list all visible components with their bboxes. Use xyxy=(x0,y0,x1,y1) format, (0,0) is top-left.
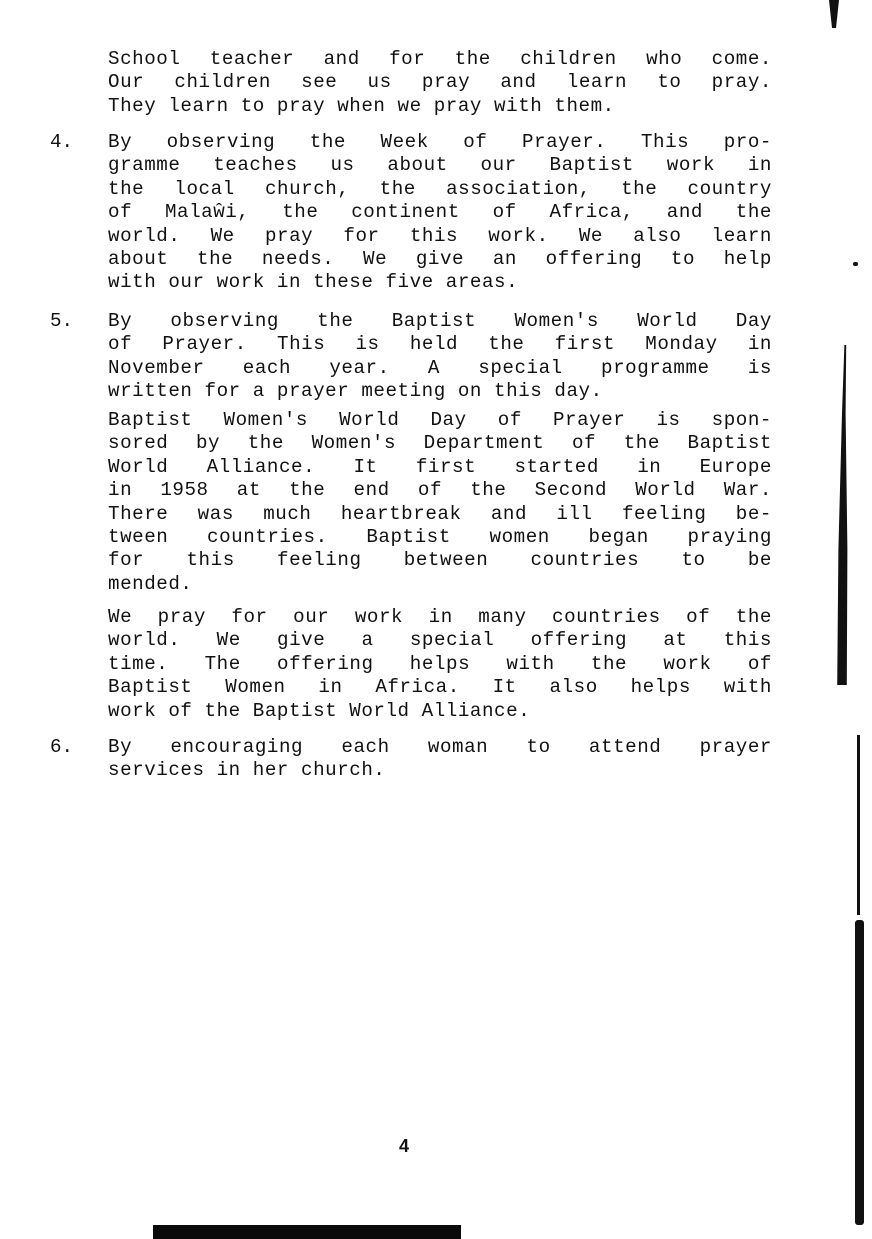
item-5-paragraph-3: We pray for our work in many countries o… xyxy=(108,606,772,723)
text-line: There was much heartbreak and ill feelin… xyxy=(108,503,772,526)
text-line: the local church, the association, the c… xyxy=(108,178,772,201)
text-line: of Malaŵi, the continent of Africa, and … xyxy=(108,201,772,224)
scan-edge-line xyxy=(855,920,864,1225)
text-line: Baptist Women's World Day of Prayer is s… xyxy=(108,409,772,432)
text-line: By encouraging each woman to attend pray… xyxy=(108,736,772,759)
text-line: We pray for our work in many countries o… xyxy=(108,606,772,629)
list-number: 6. xyxy=(50,736,73,759)
text-line: world. We give a special offering at thi… xyxy=(108,629,772,652)
text-line: of Prayer. This is held the first Monday… xyxy=(108,333,772,356)
text-line: about the needs. We give an offering to … xyxy=(108,248,772,271)
page-number: 4 xyxy=(399,1136,409,1157)
text-line: World Alliance. It first started in Euro… xyxy=(108,456,772,479)
list-number: 4. xyxy=(50,131,73,154)
text-line: By observing the Baptist Women's World D… xyxy=(108,310,772,333)
scan-edge-bar xyxy=(153,1225,461,1239)
text-line: for this feeling between countries to be xyxy=(108,549,772,572)
text-line: written for a prayer meeting on this day… xyxy=(108,380,772,403)
scan-edge-mark xyxy=(829,0,839,28)
text-line: mended. xyxy=(108,573,772,596)
document-page: School teacher and for the children who … xyxy=(0,0,872,1239)
text-line: They learn to pray when we pray with the… xyxy=(108,95,772,118)
text-line: tween countries. Baptist women began pra… xyxy=(108,526,772,549)
scan-edge-line xyxy=(857,735,860,915)
text-line: in 1958 at the end of the Second World W… xyxy=(108,479,772,502)
text-line: Baptist Women in Africa. It also helps w… xyxy=(108,676,772,699)
text-line: world. We pray for this work. We also le… xyxy=(108,225,772,248)
text-line: work of the Baptist World Alliance. xyxy=(108,700,772,723)
text-line: November each year. A special programme … xyxy=(108,357,772,380)
text-line: with our work in these five areas. xyxy=(108,271,772,294)
text-line: sored by the Women's Department of the B… xyxy=(108,432,772,455)
list-number: 5. xyxy=(50,310,73,333)
text-line: services in her church. xyxy=(108,759,772,782)
item-4-paragraph: By observing the Week of Prayer. This pr… xyxy=(108,131,772,295)
item-5-paragraph-2: Baptist Women's World Day of Prayer is s… xyxy=(108,409,772,596)
item-5-paragraph-1: By observing the Baptist Women's World D… xyxy=(108,310,772,404)
intro-paragraph: School teacher and for the children who … xyxy=(108,48,772,118)
scan-edge-line xyxy=(836,345,848,685)
item-6-paragraph: By encouraging each woman to attend pray… xyxy=(108,736,772,783)
text-line: gramme teaches us about our Baptist work… xyxy=(108,154,772,177)
scan-speck xyxy=(853,262,858,266)
text-line: School teacher and for the children who … xyxy=(108,48,772,71)
text-line: time. The offering helps with the work o… xyxy=(108,653,772,676)
text-line: By observing the Week of Prayer. This pr… xyxy=(108,131,772,154)
text-line: Our children see us pray and learn to pr… xyxy=(108,71,772,94)
